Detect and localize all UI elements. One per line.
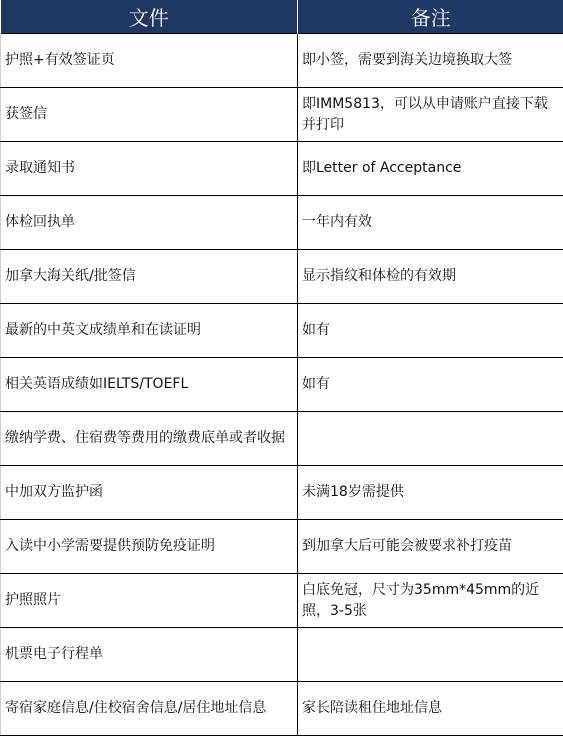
- file-cell: 获签信: [1, 88, 298, 142]
- file-cell: 机票电子行程单: [1, 628, 298, 682]
- note-cell: 家长陪读租住地址信息: [298, 682, 563, 736]
- table-row: 护照照片白底免冠，尺寸为35mm*45mm的近照，3-5张: [1, 574, 563, 628]
- table-row: 入读中小学需要提供预防免疫证明到加拿大后可能会被要求补打疫苗: [1, 520, 563, 574]
- note-cell: [298, 628, 563, 682]
- file-cell: 相关英语成绩如IELTS/TOEFL: [1, 358, 298, 412]
- header-file: 文件: [1, 0, 298, 34]
- file-cell: 入读中小学需要提供预防免疫证明: [1, 520, 298, 574]
- note-cell: 显示指纹和体检的有效期: [298, 250, 563, 304]
- file-cell: 护照+有效签证页: [1, 34, 298, 88]
- note-cell: 如有: [298, 358, 563, 412]
- table-row: 最新的中英文成绩单和在读证明如有: [1, 304, 563, 358]
- documents-table: 文件 备注 护照+有效签证页即小签，需要到海关边境换取大签 获签信即IMM581…: [0, 0, 563, 736]
- note-cell: 到加拿大后可能会被要求补打疫苗: [298, 520, 563, 574]
- header-row: 文件 备注: [1, 0, 563, 34]
- table-row: 加拿大海关纸/批签信显示指纹和体检的有效期: [1, 250, 563, 304]
- file-cell: 加拿大海关纸/批签信: [1, 250, 298, 304]
- table-row: 寄宿家庭信息/住校宿舍信息/居住地址信息家长陪读租住地址信息: [1, 682, 563, 736]
- table-row: 录取通知书即Letter of Acceptance: [1, 142, 563, 196]
- table-row: 缴纳学费、住宿费等费用的缴费底单或者收据: [1, 412, 563, 466]
- file-cell: 缴纳学费、住宿费等费用的缴费底单或者收据: [1, 412, 298, 466]
- note-cell: 一年内有效: [298, 196, 563, 250]
- file-cell: 护照照片: [1, 574, 298, 628]
- note-cell: 白底免冠，尺寸为35mm*45mm的近照，3-5张: [298, 574, 563, 628]
- file-cell: 录取通知书: [1, 142, 298, 196]
- table-row: 体检回执单一年内有效: [1, 196, 563, 250]
- file-cell: 中加双方监护函: [1, 466, 298, 520]
- table-row: 相关英语成绩如IELTS/TOEFL如有: [1, 358, 563, 412]
- header-note: 备注: [298, 0, 563, 34]
- note-cell: 未满18岁需提供: [298, 466, 563, 520]
- note-cell: [298, 412, 563, 466]
- table-row: 获签信即IMM5813，可以从申请账户直接下载并打印: [1, 88, 563, 142]
- file-cell: 最新的中英文成绩单和在读证明: [1, 304, 298, 358]
- file-cell: 体检回执单: [1, 196, 298, 250]
- note-cell: 即Letter of Acceptance: [298, 142, 563, 196]
- table-row: 中加双方监护函未满18岁需提供: [1, 466, 563, 520]
- note-cell: 如有: [298, 304, 563, 358]
- table-row: 护照+有效签证页即小签，需要到海关边境换取大签: [1, 34, 563, 88]
- note-cell: 即IMM5813，可以从申请账户直接下载并打印: [298, 88, 563, 142]
- table-row: 机票电子行程单: [1, 628, 563, 682]
- note-cell: 即小签，需要到海关边境换取大签: [298, 34, 563, 88]
- file-cell: 寄宿家庭信息/住校宿舍信息/居住地址信息: [1, 682, 298, 736]
